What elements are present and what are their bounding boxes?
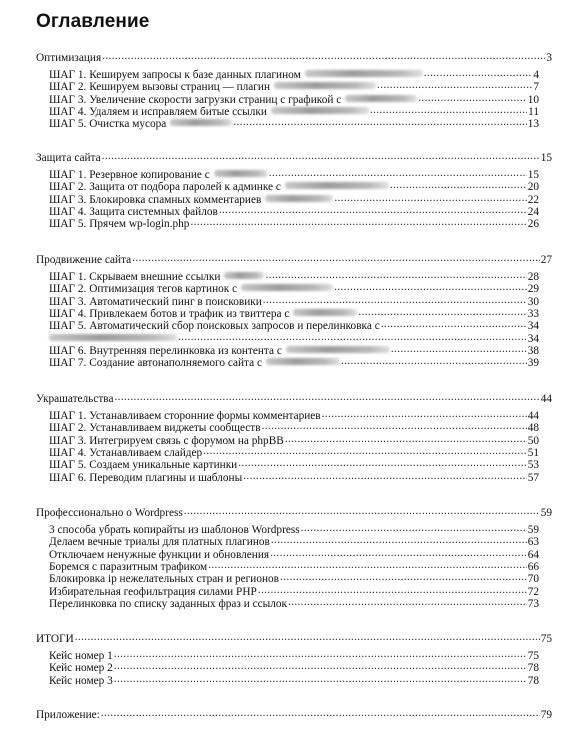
dot-leader — [102, 151, 540, 161]
dot-leader — [114, 649, 527, 659]
dot-leader — [391, 344, 527, 354]
dot-leader — [75, 632, 540, 642]
dot-leader — [418, 93, 526, 103]
page-number: 15 — [541, 152, 552, 165]
page-number: 44 — [541, 393, 552, 406]
toc-section[interactable]: Украшательства44 — [36, 392, 552, 406]
page-number: 3 — [546, 52, 552, 65]
toc-entry[interactable]: ШАГ 5. Прячем wp-login.php26 — [49, 217, 539, 231]
dot-leader — [285, 434, 527, 444]
toc-entry[interactable]: Кейс номер 378 — [49, 674, 539, 688]
dot-leader — [334, 282, 527, 292]
redacted-text — [274, 82, 376, 89]
toc-entry[interactable]: ШАГ 6. Переводим плагины и шаблоны57 — [49, 471, 539, 485]
toc-label: Украшательства — [36, 393, 113, 406]
dot-leader — [424, 68, 533, 78]
toc-label: ШАГ 6. Переводим плагины и шаблоны — [49, 472, 242, 485]
dot-leader — [178, 332, 527, 342]
toc-label: ИТОГИ — [36, 633, 74, 646]
dot-leader — [190, 217, 526, 227]
toc-label: Приложение: — [36, 709, 100, 722]
redacted-text — [170, 119, 232, 126]
redacted-text — [293, 309, 357, 316]
dot-leader — [341, 356, 527, 366]
redacted-text — [265, 195, 333, 202]
toc-entry[interactable]: ШАГ 7. Создание автонаполняемого сайта с… — [49, 356, 539, 370]
toc-label: Защита сайта — [36, 152, 101, 165]
toc-label: Кейс номер 3 — [49, 675, 113, 688]
redacted-text — [224, 272, 264, 279]
dot-leader — [270, 548, 527, 558]
redacted-text — [49, 334, 177, 341]
dot-leader — [243, 471, 527, 481]
toc-label: Продвижение сайта — [36, 254, 131, 267]
dot-leader — [203, 446, 527, 456]
redacted-text — [266, 358, 340, 365]
dot-leader — [322, 409, 527, 419]
dot-leader — [114, 392, 539, 402]
toc-section[interactable]: Оптимизация3 — [36, 51, 552, 65]
toc-entry[interactable]: ШАГ 5. Очистка мусора13 — [49, 117, 539, 131]
page-title: Оглавление — [36, 11, 149, 33]
redacted-text — [285, 182, 389, 189]
redacted-text — [345, 95, 417, 102]
toc-section[interactable]: Продвижение сайта27 — [36, 253, 552, 267]
dot-leader — [238, 458, 526, 468]
dot-leader — [370, 105, 527, 115]
dot-leader — [280, 572, 527, 582]
dot-leader — [381, 319, 527, 329]
dot-leader — [101, 708, 540, 718]
page-number: 57 — [528, 472, 539, 485]
dot-leader — [233, 117, 526, 127]
dot-leader — [288, 597, 527, 607]
toc-label: Профессионально о Wordpress — [36, 507, 183, 520]
toc-label: ШАГ 5. Прячем wp-login.php — [49, 218, 189, 231]
dot-leader — [102, 51, 545, 61]
page-number: 78 — [528, 675, 539, 688]
toc-section[interactable]: ИТОГИ75 — [36, 632, 552, 646]
dot-leader — [262, 421, 527, 431]
dot-leader — [258, 585, 527, 595]
page-number: 73 — [528, 598, 539, 611]
dot-leader — [132, 253, 540, 263]
toc-label: Оптимизация — [36, 52, 101, 65]
dot-leader — [301, 523, 527, 533]
page-number: 59 — [541, 507, 552, 520]
dot-leader — [114, 674, 527, 684]
dot-leader — [263, 295, 527, 305]
toc-section[interactable]: Защита сайта15 — [36, 151, 552, 165]
toc-entry[interactable]: Перелинковка по списку заданных фраз и с… — [49, 597, 539, 611]
toc-section[interactable]: Профессионально о Wordpress59 — [36, 506, 552, 520]
redacted-text — [241, 284, 333, 291]
toc-label: ШАГ 5. Очистка мусора — [49, 118, 166, 131]
page-number: 39 — [528, 357, 539, 370]
dot-leader — [219, 205, 527, 215]
toc-label: Перелинковка по списку заданных фраз и с… — [49, 598, 287, 611]
dot-leader — [184, 506, 540, 516]
redacted-text — [271, 107, 369, 114]
page-number: 26 — [528, 218, 539, 231]
dot-leader — [271, 535, 527, 545]
dot-leader — [358, 307, 526, 317]
toc-section[interactable]: Приложение:79 — [36, 708, 552, 722]
dot-leader — [390, 180, 527, 190]
toc-label: ШАГ 7. Создание автонаполняемого сайта с — [49, 357, 262, 370]
dot-leader — [114, 661, 527, 671]
dot-leader — [377, 80, 532, 90]
dot-leader — [208, 560, 527, 570]
dot-leader — [265, 270, 526, 280]
dot-leader — [269, 168, 527, 178]
redacted-text — [305, 70, 423, 77]
redacted-text — [286, 346, 390, 353]
dot-leader — [334, 193, 526, 203]
redacted-text — [214, 170, 268, 177]
page-number: 13 — [528, 118, 539, 131]
page-number: 79 — [541, 709, 552, 722]
page-number: 27 — [541, 254, 552, 267]
page-number: 75 — [541, 633, 552, 646]
